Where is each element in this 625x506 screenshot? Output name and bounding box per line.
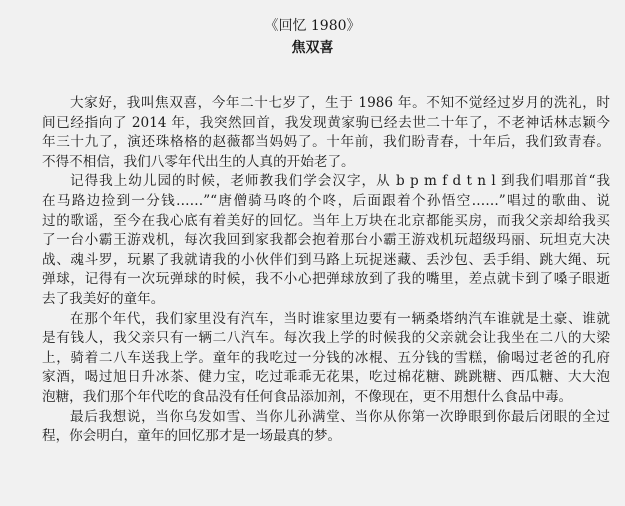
text-line: 战、魂斗罗，玩累了我就请我的小伙伴们到马路上玩捉迷藏、丢沙包、丢手绢、跳大绳、玩 (42, 251, 610, 271)
paragraph-that-era: 在那个年代，我们家里没有汽车，当时谁家里边要有一辆桑塔纳汽车谁就是土豪、谁就 是… (42, 310, 610, 408)
document-author: 焦双喜 (0, 38, 625, 58)
text-line: 泡糖，我们那个年代吃的食品没有任何食品添加剂，不像现在，更不用想什么食品中毒。 (42, 388, 610, 408)
text-line: 在那个年代，我们家里没有汽车，当时谁家里边要有一辆桑塔纳汽车谁就是土豪、谁就 (42, 310, 610, 330)
text-line: 在马路边捡到一分钱……”“唐僧骑马咚的个咚，后面跟着个孙悟空……”唱过的歌曲、说 (42, 192, 610, 212)
text-line: 不得不相信，我们八零年代出生的人真的开始老了。 (42, 153, 610, 173)
text-line: 去了我美好的童年。 (42, 290, 610, 310)
paragraph-conclusion: 最后我想说，当你乌发如雪、当你儿孙满堂、当你从你第一次睁眼到你最后闭眼的全过 程… (42, 408, 610, 447)
paragraph-kindergarten: 记得我上幼儿园的时候，老师教我们学会汉字，从 b p m f d t n l 到… (42, 172, 610, 309)
text-line: 上，骑着二八车送我上学。童年的我吃过一分钱的冰棍、五分钱的雪糕，偷喝过老爸的孔府 (42, 349, 610, 369)
text-line: 程，你会明白，童年的回忆那才是一场最真的梦。 (42, 427, 610, 447)
text-line: 记得我上幼儿园的时候，老师教我们学会汉字，从 b p m f d t n l 到… (42, 172, 610, 192)
document-page: 《回忆 1980》 焦双喜 大家好，我叫焦双喜，今年二十七岁了，生于 1986 … (0, 0, 625, 506)
document-body: 大家好，我叫焦双喜，今年二十七岁了，生于 1986 年。不知不觉经过岁月的洗礼，… (42, 94, 610, 447)
text-line: 大家好，我叫焦双喜，今年二十七岁了，生于 1986 年。不知不觉经过岁月的洗礼，… (42, 94, 610, 114)
text-line: 过的歌谣，至今在我心底有着美好的回忆。当年上万块在北京都能买房，而我父亲却给我买 (42, 212, 610, 232)
text-line: 弹球，记得有一次玩弹球的时候，我不小心把弹球放到了我的嘴里，差点就卡到了嗓子眼逝 (42, 270, 610, 290)
paragraph-intro: 大家好，我叫焦双喜，今年二十七岁了，生于 1986 年。不知不觉经过岁月的洗礼，… (42, 94, 610, 172)
document-title: 《回忆 1980》 (0, 16, 625, 36)
text-line: 是有钱人，我父亲只有一辆二八汽车。每次我上学的时候我的父亲就会让我坐在二八的大梁 (42, 329, 610, 349)
text-line: 年三十九了，演还珠格格的赵薇都当妈妈了。十年前，我们盼青春，十年后，我们致青春。 (42, 133, 610, 153)
text-line: 了一台小霸王游戏机，每次我回到家我都会抱着那台小霸王游戏机玩超级玛丽、玩坦克大决 (42, 231, 610, 251)
text-line: 最后我想说，当你乌发如雪、当你儿孙满堂、当你从你第一次睁眼到你最后闭眼的全过 (42, 408, 610, 428)
text-line: 间已经指向了 2014 年，我突然回首，我发现黄家驹已经去世二十年了，不老神话林… (42, 114, 610, 134)
text-line: 家酒，喝过旭日升冰茶、健力宝，吃过乖乖无花果，吃过棉花糖、跳跳糖、西瓜糖、大大泡 (42, 368, 610, 388)
